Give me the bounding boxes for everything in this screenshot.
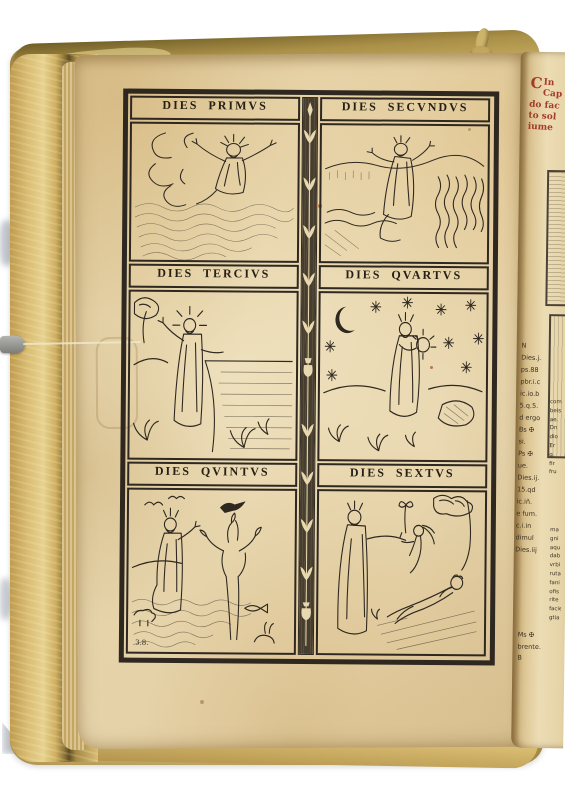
margin-note: 5.q.5. [519, 400, 547, 413]
margin-note: e fum. [516, 508, 544, 521]
margin-note: ic.io.b [520, 388, 548, 401]
text-fragment: gni [550, 535, 562, 544]
text-fragment: Er [549, 442, 561, 451]
panel-art-dies-quartus [317, 291, 488, 462]
woodcut-day2-division-of-waters [321, 125, 488, 262]
panel-art-dies-sextus [316, 489, 487, 656]
margin-note: brente. [517, 641, 545, 653]
margin-note: Bs ✠ [519, 424, 547, 437]
panel-dies-primus: DIES PRIMVS [129, 96, 300, 263]
book-photograph: DIES PRIMVS [0, 0, 565, 800]
woodcut-day6-creation-of-eve [318, 491, 485, 654]
text-fragment: rite [549, 596, 561, 605]
panel-caption-dies-quartus: DIES QVARTVS [319, 265, 489, 290]
text-fragment: dab [550, 553, 562, 562]
panel-caption-dies-quintus: DIES QVINTVS [127, 462, 297, 487]
panel-caption-dies-sextus: DIES SEXTVS [317, 463, 487, 488]
margin-note: si. [518, 436, 546, 449]
margin-note: B [517, 653, 545, 665]
margin-notes-column-lower: Ms ✠ brente. B [517, 630, 545, 665]
woodcut-day4-sun-moon-stars [319, 293, 486, 460]
text-fragment: q. [549, 451, 561, 460]
margin-note: ue. [518, 460, 546, 473]
margin-note: ps.88 [521, 364, 549, 377]
text-fragment: ruta [550, 570, 562, 579]
foxing-speck [200, 700, 204, 704]
text-fragment: ofis [549, 588, 561, 597]
panel-dies-secundus: DIES SECVNDVS [319, 97, 490, 264]
panel-dies-tercius: DIES TERCIVS [127, 264, 299, 461]
margin-note: d ergo [519, 412, 547, 425]
ornament-strip [299, 98, 317, 654]
body-text-fragments: ma gni aqu dab vrbi ruta fani ofis rite … [549, 526, 562, 623]
text-fragment: fani [549, 579, 561, 588]
text-fragment: aqu [550, 544, 562, 553]
panel-dies-sextus: DIES SEXTVS [316, 463, 488, 656]
panel-dies-quartus: DIES QVARTVS [317, 265, 489, 462]
panel-dies-quintus: DIES QVINTVS [126, 462, 298, 655]
text-fragment: gtia [549, 614, 561, 623]
engraver-mark: .3.8. [133, 639, 149, 647]
woodcut-day1-creation-of-light [131, 124, 298, 261]
creation-woodcut-frame: DIES PRIMVS [119, 89, 499, 666]
margin-note: Ms ✠ [518, 630, 546, 642]
woodcut-day5-birds-and-fish [128, 490, 295, 653]
margin-note: N [521, 339, 549, 352]
text-fragment: fir [549, 460, 561, 469]
text-fragment: Dn [550, 424, 562, 433]
panel-caption-dies-primus: DIES PRIMVS [130, 96, 300, 121]
margin-note: dimul [515, 532, 543, 545]
margin-note: pbr.i.c [520, 376, 548, 389]
rubric-line: Cap [543, 89, 563, 100]
margin-note: Dies.j. [521, 351, 549, 364]
right-page-woodcut-fragment [545, 170, 565, 306]
margin-note: 15.qd [517, 484, 545, 497]
rubric-line: do fac [529, 99, 560, 111]
rubric-heading: C In Cap do fac to sol iume [527, 77, 565, 136]
right-page-sliver: C In Cap do fac to sol iume N Dies.j. ps… [511, 52, 565, 749]
woodcut-day3-land-and-plants [129, 292, 296, 459]
rubric-line: In [543, 78, 554, 89]
panel-art-dies-quintus: .3.8. [126, 488, 297, 655]
rubric-line: iume [527, 122, 553, 134]
margin-note: Dies.iij [515, 544, 543, 557]
panel-art-dies-secundus [319, 123, 490, 264]
panel-caption-dies-secundus: DIES SECVNDVS [320, 97, 490, 122]
text-fragment: ma [550, 526, 562, 535]
text-fragment: beis [550, 407, 562, 416]
panel-caption-dies-tercius: DIES TERCIVS [129, 264, 299, 289]
clasp-tab [0, 336, 25, 353]
panel-art-dies-primus [129, 122, 300, 263]
text-fragment: ae. [550, 416, 562, 425]
margin-note: ic.iñ. [516, 496, 544, 509]
rubric-line: to sol [528, 110, 556, 122]
margin-note: c.i.in [516, 520, 544, 533]
text-fragment: fru [549, 468, 561, 477]
text-fragment: vrbi [550, 561, 562, 570]
panel-art-dies-tercius [127, 290, 298, 461]
ornament-candelabrum-column [298, 97, 318, 655]
text-fragment: dio [549, 433, 561, 442]
rubric-initial: C [530, 77, 543, 90]
body-text-fragments: com beis ae. Dn dio Er q. fir fru [549, 398, 562, 477]
text-fragment: facie [549, 605, 561, 614]
margin-note: Ps ✠ [518, 448, 546, 461]
text-fragment: com [550, 398, 562, 407]
margin-notes-column: N Dies.j. ps.88 pbr.i.c ic.io.b 5.q.5. d… [515, 339, 550, 556]
margin-note: Dies.ij. [517, 472, 545, 485]
